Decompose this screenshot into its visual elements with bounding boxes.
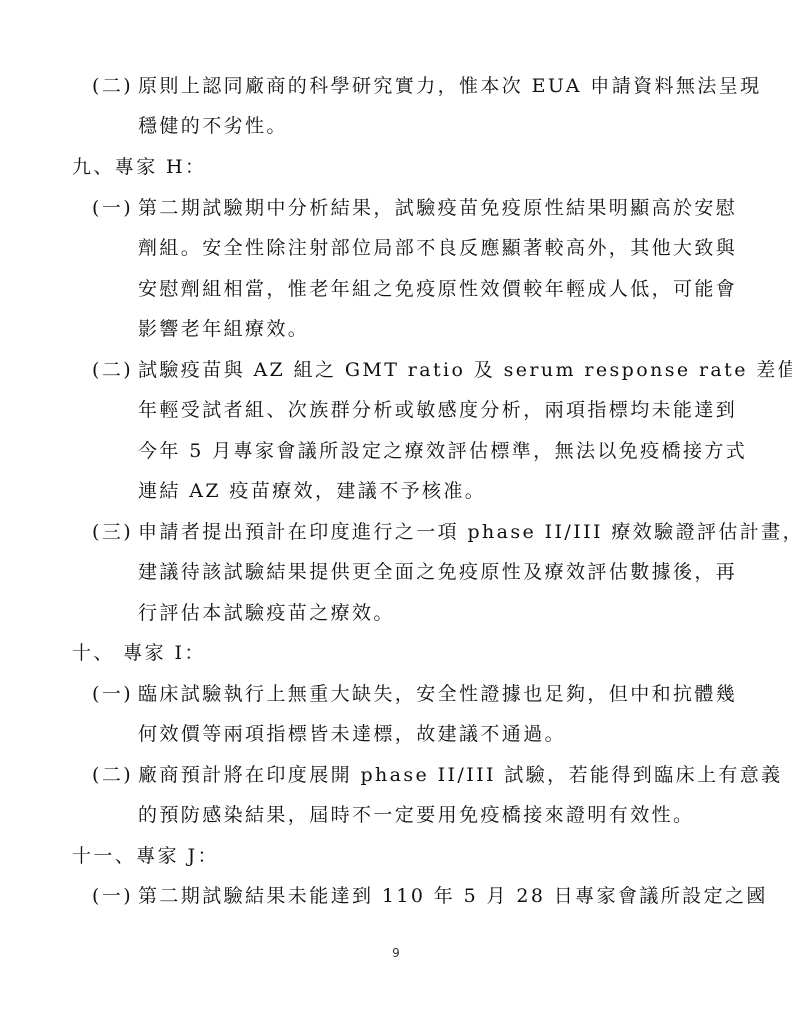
paragraph-line: 劑組。安全性除注射部位局部不良反應顯著較高外，其他大致與 (138, 236, 737, 260)
item-marker: (三) (92, 520, 133, 544)
item-marker: (一) (92, 884, 133, 908)
paragraph-line: 第二期試驗期中分析結果，試驗疫苗免疫原性結果明顯高於安慰 (138, 196, 737, 220)
section-heading: 十、 專家 I： (72, 641, 206, 665)
paragraph-line: 原則上認同廠商的科學研究實力，惟本次 EUA 申請資料無法呈現 (138, 74, 762, 98)
item-marker: (二) (92, 74, 133, 98)
paragraph-line: 連結 AZ 疫苗療效，建議不予核准。 (138, 479, 486, 503)
paragraph-line: 何效價等兩項指標皆未達標，故建議不通過。 (138, 722, 566, 746)
paragraph-line: 建議待該試驗結果提供更全面之免疫原性及療效評估數據後，再 (138, 560, 737, 584)
item-marker: (一) (92, 682, 133, 706)
item-marker: (二) (92, 358, 133, 382)
paragraph-line: 廠商預計將在印度展開 phase II/III 試驗，若能得到臨床上有意義 (138, 763, 783, 787)
paragraph-line: 臨床試驗執行上無重大缺失，安全性證據也足夠，但中和抗體幾 (138, 682, 737, 706)
paragraph-line: 影響老年組療效。 (138, 317, 309, 341)
paragraph-line: 穩健的不劣性。 (138, 114, 288, 138)
section-heading: 九、專家 H： (72, 155, 206, 179)
paragraph-line: 申請者提出預計在印度進行之一項 phase II/III 療效驗證評估計畫， (138, 520, 792, 544)
paragraph-line: 年輕受試者組、次族群分析或敏感度分析，兩項指標均未能達到 (138, 398, 737, 422)
page-number: 9 (0, 946, 792, 960)
section-heading: 十一、專家 J： (72, 844, 219, 868)
item-marker: (一) (92, 196, 133, 220)
paragraph-line: 今年 5 月專家會議所設定之療效評估標準，無法以免疫橋接方式 (138, 439, 747, 463)
paragraph-line: 安慰劑組相當，惟老年組之免疫原性效價較年輕成人低，可能會 (138, 277, 737, 301)
item-marker: (二) (92, 763, 133, 787)
document-page: (二) 原則上認同廠商的科學研究實力，惟本次 EUA 申請資料無法呈現 穩健的不… (0, 0, 792, 1025)
paragraph-line: 第二期試驗結果未能達到 110 年 5 月 28 日專家會議所設定之國 (138, 884, 768, 908)
paragraph-line: 試驗疫苗與 AZ 組之 GMT ratio 及 serum response r… (138, 358, 792, 382)
paragraph-line: 行評估本試驗疫苗之療效。 (138, 601, 395, 625)
paragraph-line: 的預防感染結果，屆時不一定要用免疫橋接來證明有效性。 (138, 803, 694, 827)
